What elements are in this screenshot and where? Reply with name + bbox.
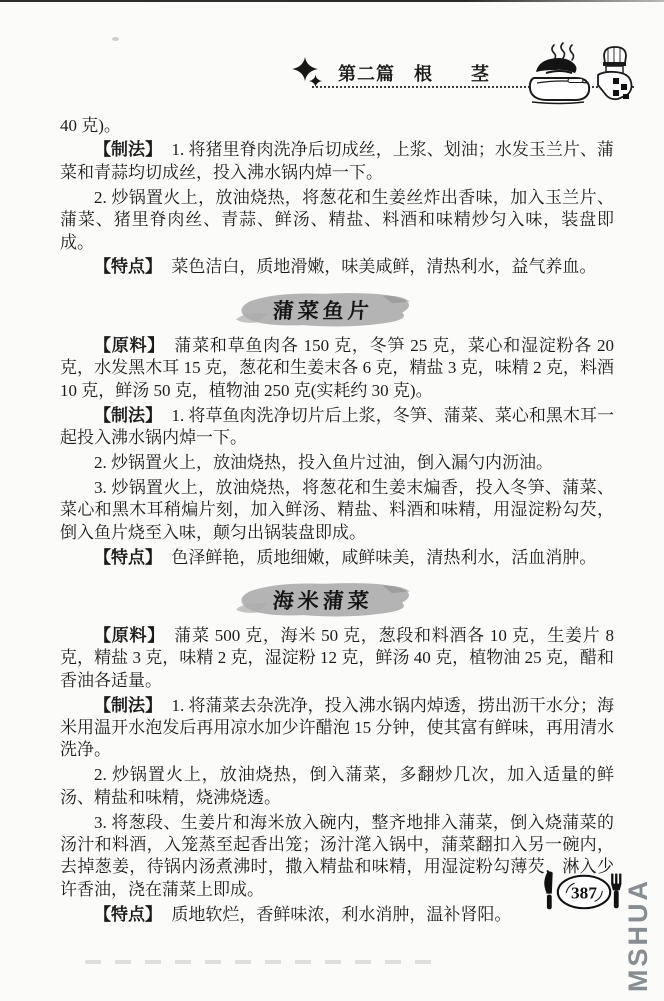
method-label: 【制法】: [94, 140, 162, 159]
watermark-text: MSHUA: [623, 888, 653, 992]
method-text: 2. 炒锅置火上，放油烧热，投入鱼片过油，倒入漏勺内沥油。: [94, 453, 553, 472]
features-label: 【特点】: [94, 905, 162, 924]
method-label: 【制法】: [94, 696, 162, 715]
recipe1-title-row: 蒲菜鱼片: [60, 290, 614, 328]
recipe1-method-step-3: 3. 炒锅置火上，放油烧热，将葱花和生姜末煸香，投入冬笋、蒲菜、菜心和黑木耳稍煸…: [60, 477, 614, 544]
recipe2-features: 【特点】质地软烂，香鲜味浓，利水消肿，温补肾阳。: [60, 904, 614, 926]
method-text: 2. 炒锅置火上，放油烧热，倒入蒲菜，多翻炒几次，加入适量的鲜汤、精盐和味精，烧…: [60, 765, 614, 806]
recipe1-title: 蒲菜鱼片: [233, 290, 413, 325]
recipe2-title-badge: 海米蒲菜: [234, 580, 412, 618]
recipe2-method-step-2: 2. 炒锅置火上，放油烧热，倒入蒲菜，多翻炒几次，加入适量的鲜汤、精盐和味精，烧…: [60, 764, 614, 809]
recipe1-method-step-1: 【制法】1. 将草鱼肉洗净切片后上浆，冬笋、蒲菜、菜心和黑木耳一起投入沸水锅内焯…: [60, 405, 614, 450]
intro-method-step-2: 2. 炒锅置火上，放油烧热，将葱花和生姜丝炸出香味，加入玉兰片、蒲菜、猪里脊肉丝…: [60, 187, 614, 254]
features-label: 【特点】: [94, 548, 162, 567]
intro-features: 【特点】菜色洁白，质地滑嫩，味美咸鲜，清热利水，益气养血。: [60, 256, 614, 278]
recipe1-ingredients: 【原料】蒲菜和草鱼肉各 150 克，冬笋 25 克，菜心和湿淀粉各 20 克，水…: [60, 335, 614, 402]
recipe2-title: 海米蒲菜: [233, 580, 413, 615]
features-text: 质地软烂，香鲜味浓，利水消肿，温补肾阳。: [171, 905, 511, 924]
recipe1-features: 【特点】色泽鲜艳，质地细嫩，咸鲜味美，清热利水，活血消肿。: [60, 547, 614, 569]
features-text: 菜色洁白，质地滑嫩，味美咸鲜，清热利水，益气养血。: [171, 257, 596, 276]
recipe1-title-badge: 蒲菜鱼片: [234, 290, 412, 328]
fork-icon: [611, 874, 621, 909]
intro-method-step-1: 【制法】1. 将猪里脊肉洗净后切成丝，上浆、划油；水发玉兰片、蒲菜和青蒜均切成丝…: [60, 139, 614, 184]
method-text: 2. 炒锅置火上，放油烧热，将葱花和生姜丝炸出香味，加入玉兰片、蒲菜、猪里脊肉丝…: [60, 188, 614, 252]
page-number: 387: [571, 883, 597, 902]
knife-icon: [544, 871, 552, 909]
method-text: 3. 将葱段、生姜片和海米放入碗内，整齐地排入蒲菜，倒入烧蒲菜的汤汁和料酒，入笼…: [60, 813, 614, 899]
scan-smudge-artifact: [85, 960, 445, 964]
features-label: 【特点】: [94, 257, 162, 276]
recipe2-ingredients: 【原料】蒲菜 500 克，海米 50 克，葱段和料酒各 10 克，生姜片 8 克…: [60, 625, 614, 692]
features-text: 色泽鲜艳，质地细嫩，咸鲜味美，清热利水，活血消肿。: [171, 548, 596, 567]
method-label: 【制法】: [94, 406, 162, 425]
page-body: 40 克)。 【制法】1. 将猪里脊肉洗净后切成丝，上浆、划油；水发玉兰片、蒲菜…: [0, 0, 664, 926]
book-page: { "header": { "section_title": "第二篇 根 茎"…: [0, 0, 664, 1001]
ingredients-label: 【原料】: [94, 626, 165, 645]
page-header: 第二篇 根 茎: [0, 0, 664, 110]
recipe2-method-step-3: 3. 将葱段、生姜片和海米放入碗内，整齐地排入蒲菜，倒入烧蒲菜的汤汁和料酒，入笼…: [60, 812, 614, 902]
method-text: 3. 炒锅置火上，放油烧热，将葱花和生姜末煸香，投入冬笋、蒲菜、菜心和黑木耳稍煸…: [60, 478, 614, 542]
section-title: 第二篇 根 茎: [338, 60, 508, 86]
chef-pot-illustration: [524, 42, 640, 111]
continuation-text: 40 克)。: [60, 115, 614, 137]
recipe2-title-row: 海米蒲菜: [60, 580, 614, 618]
recipe2-method-step-1: 【制法】1. 将蒲菜去杂洗净，投入沸水锅内焯透，捞出沥干水分；海米用温开水泡发后…: [60, 695, 614, 762]
page-number-marker: 387: [538, 870, 630, 919]
ingredients-label: 【原料】: [94, 336, 165, 355]
recipe1-method-step-2: 2. 炒锅置火上，放油烧热，投入鱼片过油，倒入漏勺内沥油。: [60, 452, 614, 474]
